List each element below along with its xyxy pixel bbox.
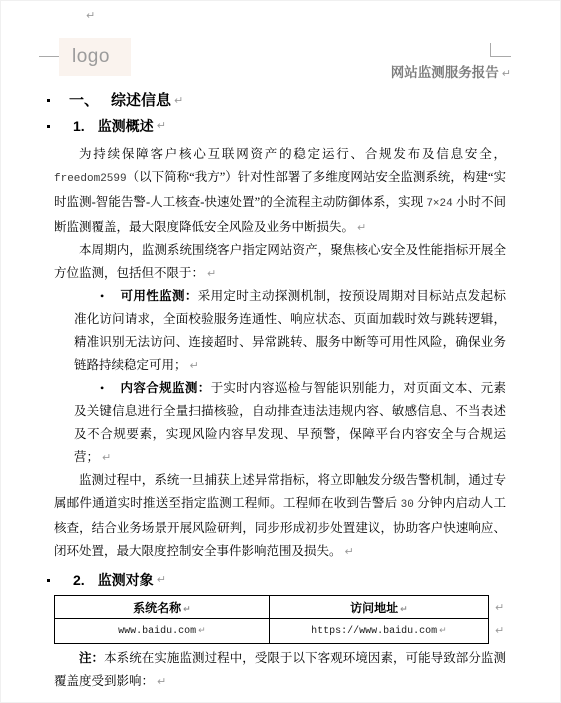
- cell-text: www.baidu.com: [118, 626, 196, 637]
- cell-end-mark-icon: ↵: [198, 626, 206, 636]
- heading-list-marker-icon: [47, 125, 50, 128]
- page-header: ↵ logo 网站监测服务报告↵: [1, 1, 560, 87]
- bullet-content-compliance-monitoring: •内容合规监测：于实时内容巡检与智能识别能力，对页面文本、元素及关键信息进行全量…: [74, 377, 506, 469]
- heading-number: 2.: [73, 570, 85, 590]
- table-row: www.baidu.com↵ https://www.baidu.com↵: [55, 619, 489, 644]
- cell-end-mark-icon: ↵: [400, 605, 408, 615]
- paragraph-alerting-process: 监测过程中，系统一旦捕获上述异常指标，将立即触发分级告警机制，通过专属邮件通道实…: [54, 469, 506, 563]
- document-header-title: 网站监测服务报告↵: [391, 61, 511, 81]
- paragraph-mark-icon: ↵: [502, 67, 511, 80]
- paragraph-mark-icon: ↵: [207, 267, 216, 280]
- paragraph-note: 注：本系统在实施监测过程中，受限于以下客观环境因素，可能导致部分监测覆盖度受到影…: [54, 647, 506, 693]
- heading-number: 1.: [73, 116, 85, 136]
- logo-placeholder: logo: [59, 38, 131, 76]
- logo-text: logo: [72, 46, 110, 68]
- cell-end-mark-icon: ↵: [439, 626, 447, 636]
- company-name-text: freedom2599: [54, 173, 127, 185]
- paragraph-mark-icon: ↵: [157, 116, 166, 136]
- response-minutes-text: 30: [401, 499, 414, 511]
- cell-end-mark-icon: ↵: [183, 605, 191, 615]
- paragraph-mark-icon: ↵: [157, 570, 166, 590]
- bullet-marker-icon: •: [100, 289, 104, 303]
- heading-list-marker-icon: [47, 99, 50, 102]
- paragraph-mark-icon: ↵: [86, 9, 95, 22]
- note-text: 本系统在实施监测过程中，受限于以下客观环境因素，可能导致部分监测覆盖度受到影响：: [54, 651, 506, 688]
- paragraph-mark-icon: ↵: [495, 619, 504, 642]
- paragraph-scope: 本周期内，监测系统围绕客户指定网站资产，聚焦核心安全及性能指标开展全方位监测，包…: [54, 239, 506, 285]
- heading-list-marker-icon: [47, 579, 50, 582]
- cell-system-name: www.baidu.com↵: [55, 619, 270, 644]
- paragraph-mark-icon: ↵: [357, 221, 366, 234]
- paragraph-deployment: 为持续保障客户核心互联网资产的稳定运行、合规发布及信息安全，freedom259…: [54, 143, 506, 239]
- paragraph-mark-icon: ↵: [174, 90, 183, 111]
- heading-monitoring-overview: 1. 监测概述 ↵: [47, 116, 506, 136]
- heading-label: 监测对象: [98, 570, 154, 590]
- column-header-text: 访问地址: [350, 601, 398, 615]
- paragraph-mark-icon: ↵: [102, 451, 111, 464]
- paragraph-mark-icon: ↵: [190, 359, 199, 372]
- table-row-end-marks: ↵ ↵: [495, 596, 504, 642]
- header-title-text: 网站监测服务报告: [391, 65, 499, 80]
- table-header-row: 系统名称↵ 访问地址↵: [55, 596, 489, 619]
- paragraph-mark-icon: ↵: [495, 596, 504, 619]
- paragraph-mark-icon: ↵: [157, 675, 166, 688]
- bullet-availability-monitoring: •可用性监测：采用定时主动探测机制，按预设周期对目标站点发起标准化访问请求，全面…: [74, 285, 506, 377]
- note-label: 注：: [79, 651, 104, 665]
- heading-monitoring-targets: 2. 监测对象 ↵: [47, 570, 506, 590]
- bullet-term: 可用性监测：: [120, 289, 198, 303]
- cell-text: https://www.baidu.com: [311, 626, 437, 637]
- monitoring-targets-table-wrap: 系统名称↵ 访问地址↵ www.baidu.com↵ https://www.b…: [54, 595, 506, 644]
- coverage-hours-text: 7×24: [426, 198, 452, 210]
- paragraph-text: 为持续保障客户核心互联网资产的稳定运行、合规发布及信息安全，: [79, 147, 506, 161]
- paragraph-mark-icon: ↵: [345, 545, 354, 558]
- bullet-marker-icon: •: [100, 381, 104, 395]
- heading-number: 一、: [69, 90, 99, 111]
- bullet-term: 内容合规监测：: [120, 381, 210, 395]
- table-header-system-name: 系统名称↵: [55, 596, 270, 619]
- document-page: ↵ logo 网站监测服务报告↵ 一、 综述信息 ↵ 1. 监测概述 ↵ 为持续…: [0, 0, 561, 703]
- cell-access-url: https://www.baidu.com↵: [269, 619, 488, 644]
- heading-label: 监测概述: [98, 116, 154, 136]
- document-body: 一、 综述信息 ↵ 1. 监测概述 ↵ 为持续保障客户核心互联网资产的稳定运行、…: [1, 90, 560, 693]
- column-header-text: 系统名称: [133, 601, 181, 615]
- heading-summary-info: 一、 综述信息 ↵: [47, 90, 506, 111]
- monitoring-targets-table: 系统名称↵ 访问地址↵ www.baidu.com↵ https://www.b…: [54, 595, 489, 644]
- margin-crop-mark-right-icon: [490, 43, 511, 57]
- table-header-access-url: 访问地址↵: [269, 596, 488, 619]
- paragraph-text: 本周期内，监测系统围绕客户指定网站资产，聚焦核心安全及性能指标开展全方位监测，包…: [54, 243, 506, 280]
- margin-crop-mark-left-icon: [39, 43, 60, 57]
- heading-label: 综述信息: [111, 90, 171, 111]
